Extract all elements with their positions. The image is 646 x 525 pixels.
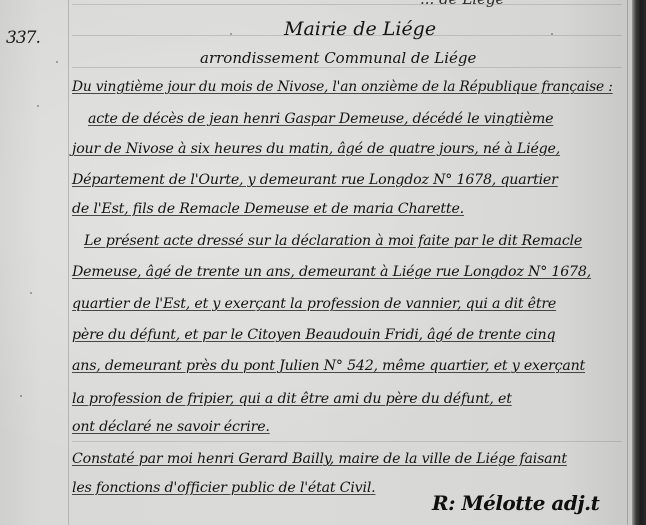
record-line-2: acte de décès de jean henri Gaspar Demeu… <box>88 111 553 127</box>
paper-speck <box>30 292 32 294</box>
signature: R: Mélotte adj.t <box>432 491 599 515</box>
binding-rule <box>627 0 628 525</box>
record-line-9: père du défunt, et par le Citoyen Beaudo… <box>72 327 555 343</box>
ruled-line <box>72 67 622 68</box>
record-line-6: Le présent acte dressé sur la déclaratio… <box>84 233 582 249</box>
entry-number: 337. <box>6 28 40 48</box>
heading-arrondissement: arrondissement Communal de Liége <box>200 49 476 67</box>
paper-speck <box>230 33 232 35</box>
ruled-line <box>72 441 622 442</box>
record-line-1: Du vingtième jour du mois de Nivose, l'a… <box>72 79 613 95</box>
record-line-12: ont déclaré ne savoir écrire. <box>72 419 270 435</box>
margin-rule <box>68 0 69 525</box>
record-line-10: ans, demeurant près du pont Julien N° 54… <box>72 358 585 374</box>
previous-entry-fragment: ... de Liége <box>420 0 504 8</box>
paper-speck <box>56 61 58 63</box>
paper-speck <box>20 395 22 397</box>
paper-speck <box>37 105 39 107</box>
record-line-8: quartier de l'Est, et y exerçant la prof… <box>72 296 556 312</box>
record-line-13: Constaté par moi henri Gerard Bailly, ma… <box>72 451 567 467</box>
heading-mairie: Mairie de Liége <box>284 18 436 40</box>
book-binding-edge <box>632 0 646 525</box>
record-line-3: jour de Nivose à six heures du matin, âg… <box>72 141 560 157</box>
ruled-line <box>72 4 622 5</box>
record-line-5: de l'Est, fils de Remacle Demeuse et de … <box>72 201 464 217</box>
register-page: ... de Liége 337. Mairie de Liége arrond… <box>0 0 646 525</box>
record-line-4: Département de l'Ourte, y demeurant rue … <box>72 172 558 188</box>
paper-speck <box>551 33 553 35</box>
record-line-11: la profession de fripier, qui a dit être… <box>72 391 512 407</box>
record-line-14: les fonctions d'officier public de l'éta… <box>72 480 375 496</box>
record-line-7: Demeuse, âgé de trente un ans, demeurant… <box>72 264 591 280</box>
